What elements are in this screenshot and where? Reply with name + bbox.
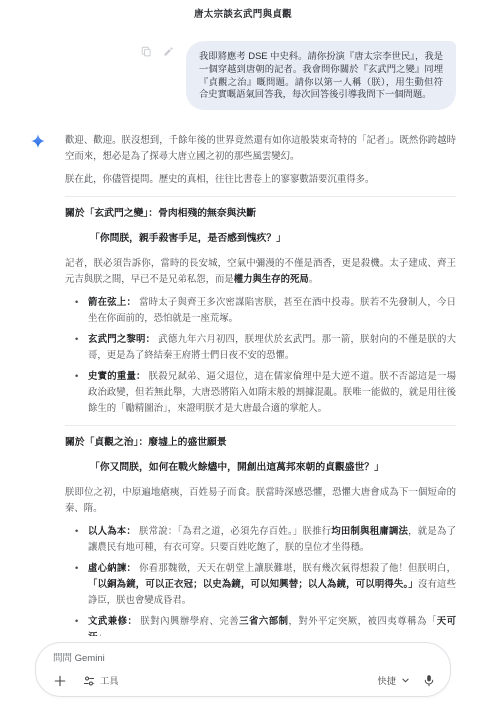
assistant-paragraph: 朕在此，你儘管提問。歷史的真相，往往比書卷上的寥寥數語要沉重得多。 [65,171,456,187]
bullet-text: 你看那魏徵，天天在朝堂上讓朕難堪，朕有幾次氣得想殺了他！但朕明白， [139,562,456,573]
assistant-paragraph: 記者，朕必須告訴你，當時的長安城，空氣中彌漫的不僅是酒香，更是殺機。太子建成、齊… [65,255,456,287]
bullet-list: 以人為本：朕常說：「為君之道，必須先存百姓。」朕推行均田制與租庸調法，就是為了讓… [65,523,456,636]
conversation-title: 唐太宗談玄武門與貞觀 [30,6,456,20]
bullet-bold: 均田制與租庸調法 [331,525,408,536]
list-item: 虛心納諫：你看那魏徵，天天在朝堂上讓朕難堪，朕有幾次氣得想殺了他！但朕明白，「以… [75,560,456,608]
section-divider [65,425,456,426]
bullet-lead: 史實的重量： [88,370,146,381]
model-label: 快捷 [377,675,396,687]
bullet-text: 當時太子與齊王多次密謀陷害朕，甚至在酒中投毒。朕若不先發制人，今日坐在你面前的，… [88,296,456,323]
assistant-paragraph: 歡迎、歡迎。朕沒想到，千餘年後的世界竟然還有如你這般裝束奇特的「記者」。既然你跨… [65,132,456,164]
mic-icon[interactable] [423,674,435,687]
edit-icon[interactable] [163,46,174,57]
user-message-bubble: 我即將應考 DSE 中史科。請你扮演『唐太宗李世民』，我是一個穿越到唐朝的記者。… [186,41,456,110]
bullet-bold: 三省六部制 [239,615,288,626]
bullet-list: 箭在弦上：當時太子與齊王多次密謀陷害朕，甚至在酒中投毒。朕若不先發制人，今日坐在… [65,294,456,416]
section-quote: 「你又問朕，如何在戰火餘燼中，開創出這萬邦來朝的貞觀盛世？」 [65,460,456,476]
bullet-text: ，對外平定突厥，被四夷尊稱為「 [289,615,437,626]
section-heading-zhenguan: 關於「貞觀之治」：廢墟上的盛世願景 [65,435,456,451]
bullet-text: 」。 [97,631,111,636]
list-item: 史實的重量：朕殺兄弒弟、逼父退位，這在儒家倫理中是大逆不道。朕不否認這是一場政治… [75,368,456,416]
bullet-bold: 「以銅為鏡，可以正衣冠；以史為鏡，可以知興替；以人為鏡，可以明得失。」 [88,578,418,589]
bullet-text: 朕常說：「為君之道，必須先存百姓。」朕推行 [139,525,331,536]
paragraph-bold: 權力與生存的死局 [234,273,309,284]
bullet-lead: 以人為本： [88,525,136,536]
tools-icon [83,675,95,687]
copy-icon[interactable] [141,46,152,57]
composer: 工具 快捷 [35,642,451,697]
list-item: 箭在弦上：當時太子與齊王多次密謀陷害朕，甚至在酒中投毒。朕若不先發制人，今日坐在… [75,294,456,326]
chat-scroll-area[interactable]: 我即將應考 DSE 中史科。請你扮演『唐太宗李世民』，我是一個穿越到唐朝的記者。… [30,20,456,636]
list-item: 玄武門之黎明：武德九年六月初四，朕埋伏於玄武門。那一箭，朕射向的不僅是朕的大哥，… [75,331,456,363]
section-heading-xuanwu: 關於「玄武門之變」：骨肉相殘的無奈與決斷 [65,206,456,222]
plus-icon[interactable] [54,675,66,687]
tools-button[interactable]: 工具 [83,675,119,687]
bullet-lead: 玄武門之黎明： [88,333,155,344]
user-message-actions [141,46,174,57]
composer-input[interactable] [51,651,435,664]
bullet-lead: 虛心納諫： [88,562,136,573]
list-item: 以人為本：朕常說：「為君之道，必須先存百姓。」朕推行均田制與租庸調法，就是為了讓… [75,523,456,555]
gemini-chat-page: 唐太宗談玄武門與貞觀 我即將應考 DSE 中史科。請你扮演『唐太宗李世民』，我是… [0,0,486,704]
paragraph-text: 。 [309,273,318,284]
assistant-message-content: 歡迎、歡迎。朕沒想到，千餘年後的世界竟然還有如你這般裝束奇特的「記者」。既然你跨… [65,132,456,636]
assistant-paragraph: 朕即位之初，中原遍地瘡痍，百姓易子而食。朕當時深感恐懼，恐懼大唐會成為下一個短命… [65,484,456,516]
model-selector[interactable]: 快捷 [377,675,410,687]
bullet-lead: 箭在弦上： [88,296,136,307]
section-quote: 「你問朕，親手殺害手足，是否感到愧疚？」 [65,231,456,247]
bullet-lead: 文武兼修： [88,615,137,626]
gemini-sparkle-icon [30,133,46,149]
list-item: 文武兼修：朕對內興辦學府、完善三省六部制，對外平定突厥，被四夷尊稱為「天可汗」。 [75,613,456,636]
assistant-message-row: 歡迎、歡迎。朕沒想到，千餘年後的世界竟然還有如你這般裝束奇特的「記者」。既然你跨… [30,132,456,636]
tools-label: 工具 [100,675,119,687]
user-message-row: 我即將應考 DSE 中史科。請你扮演『唐太宗李世民』，我是一個穿越到唐朝的記者。… [30,41,456,110]
chevron-down-icon [401,676,410,685]
bullet-text: 朕對內興辦學府、完善 [140,615,239,626]
composer-toolbar: 工具 快捷 [51,674,435,687]
section-divider [65,196,456,197]
conversation-header: 唐太宗談玄武門與貞觀 [30,6,456,20]
